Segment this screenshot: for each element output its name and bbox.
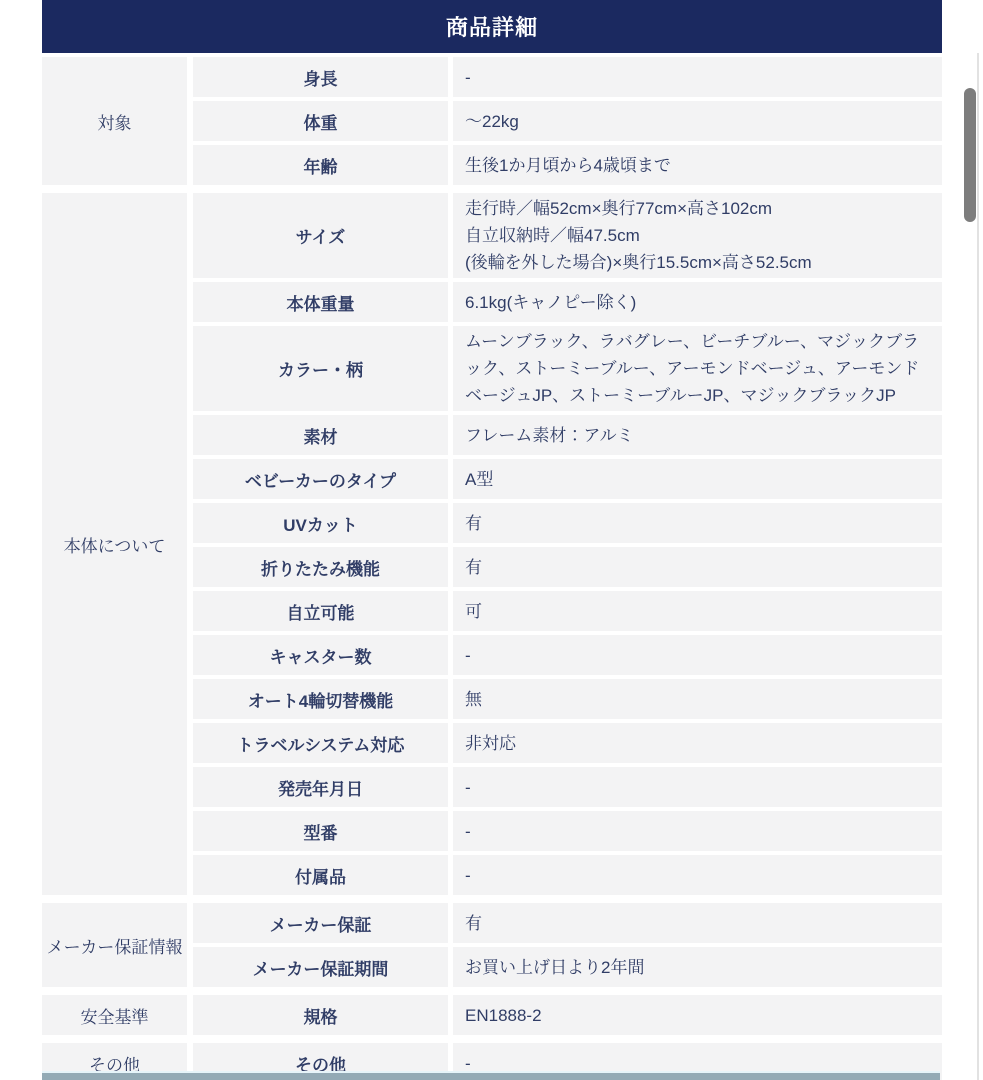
table-row: 型番-: [193, 811, 942, 851]
spec-value: -: [453, 57, 942, 97]
table-row: キャスター数-: [193, 635, 942, 675]
scrollbar-track[interactable]: [977, 53, 979, 1080]
spec-group: メーカー保証情報メーカー保証有メーカー保証期間お買い上げ日より2年間: [42, 903, 942, 987]
group-label: メーカー保証情報: [42, 903, 187, 987]
spec-label: 折りたたみ機能: [193, 547, 448, 587]
spec-label: メーカー保証期間: [193, 947, 448, 987]
spec-groups: 対象身長-体重～22kg年齢生後1か月頃から4歳頃まで本体についてサイズ走行時／…: [42, 57, 942, 1080]
table-row: メーカー保証有: [193, 903, 942, 943]
spec-value: お買い上げ日より2年間: [453, 947, 942, 987]
table-row: 年齢生後1か月頃から4歳頃まで: [193, 145, 942, 185]
table-row: 本体重量6.1kg(キャノピー除く): [193, 282, 942, 322]
table-row: 体重～22kg: [193, 101, 942, 141]
table-row: 付属品-: [193, 855, 942, 895]
spec-label: トラベルシステム対応: [193, 723, 448, 763]
table-row: 折りたたみ機能有: [193, 547, 942, 587]
spec-label: キャスター数: [193, 635, 448, 675]
scrollbar-thumb[interactable]: [964, 88, 976, 222]
spec-rows: サイズ走行時／幅52cm×奥行77cm×高さ102cm 自立収納時／幅47.5c…: [193, 193, 942, 895]
spec-value: 有: [453, 547, 942, 587]
spec-value: 無: [453, 679, 942, 719]
spec-value: ムーンブラック、ラバグレー、ビーチブルー、マジックブラック、ストーミーブルー、ア…: [453, 326, 942, 411]
table-row: 自立可能可: [193, 591, 942, 631]
table-row: カラー・柄ムーンブラック、ラバグレー、ビーチブルー、マジックブラック、ストーミー…: [193, 326, 942, 411]
table-row: オート4輪切替機能無: [193, 679, 942, 719]
spec-value: ～22kg: [453, 101, 942, 141]
page-title: 商品詳細: [446, 11, 538, 42]
table-row: 素材フレーム素材：アルミ: [193, 415, 942, 455]
spec-label: 身長: [193, 57, 448, 97]
spec-value: EN1888-2: [453, 995, 942, 1035]
spec-label: UVカット: [193, 503, 448, 543]
group-label: 安全基準: [42, 995, 187, 1035]
group-label: 本体について: [42, 193, 187, 895]
spec-value: 非対応: [453, 723, 942, 763]
spec-value: -: [453, 767, 942, 807]
table-row: 身長-: [193, 57, 942, 97]
table-row: 規格EN1888-2: [193, 995, 942, 1035]
spec-label: 素材: [193, 415, 448, 455]
spec-value: -: [453, 635, 942, 675]
spec-value: -: [453, 855, 942, 895]
spec-value: A型: [453, 459, 942, 499]
spec-group: 安全基準規格EN1888-2: [42, 995, 942, 1035]
table-row: 発売年月日-: [193, 767, 942, 807]
spec-label: 規格: [193, 995, 448, 1035]
spec-label: オート4輪切替機能: [193, 679, 448, 719]
spec-label: 自立可能: [193, 591, 448, 631]
spec-group: 対象身長-体重～22kg年齢生後1か月頃から4歳頃まで: [42, 57, 942, 185]
section-header: 商品詳細: [42, 0, 942, 53]
spec-group: 本体についてサイズ走行時／幅52cm×奥行77cm×高さ102cm 自立収納時／…: [42, 193, 942, 895]
table-row: メーカー保証期間お買い上げ日より2年間: [193, 947, 942, 987]
spec-value: 有: [453, 903, 942, 943]
next-section-top-edge: [42, 1071, 940, 1080]
spec-label: カラー・柄: [193, 326, 448, 411]
table-row: ベビーカーのタイプA型: [193, 459, 942, 499]
group-label: 対象: [42, 57, 187, 185]
table-row: サイズ走行時／幅52cm×奥行77cm×高さ102cm 自立収納時／幅47.5c…: [193, 193, 942, 278]
spec-label: 付属品: [193, 855, 448, 895]
spec-label: メーカー保証: [193, 903, 448, 943]
spec-label: 型番: [193, 811, 448, 851]
spec-value: 生後1か月頃から4歳頃まで: [453, 145, 942, 185]
spec-label: 年齢: [193, 145, 448, 185]
spec-value: フレーム素材：アルミ: [453, 415, 942, 455]
spec-label: サイズ: [193, 193, 448, 278]
spec-table: 商品詳細 対象身長-体重～22kg年齢生後1か月頃から4歳頃まで本体についてサイ…: [42, 0, 942, 1080]
spec-value: 有: [453, 503, 942, 543]
spec-value: 6.1kg(キャノピー除く): [453, 282, 942, 322]
spec-rows: 規格EN1888-2: [193, 995, 942, 1035]
table-row: UVカット有: [193, 503, 942, 543]
spec-rows: 身長-体重～22kg年齢生後1か月頃から4歳頃まで: [193, 57, 942, 185]
spec-label: 本体重量: [193, 282, 448, 322]
spec-label: ベビーカーのタイプ: [193, 459, 448, 499]
table-row: トラベルシステム対応非対応: [193, 723, 942, 763]
spec-value: 走行時／幅52cm×奥行77cm×高さ102cm 自立収納時／幅47.5cm (…: [453, 193, 942, 278]
spec-label: 発売年月日: [193, 767, 448, 807]
spec-rows: メーカー保証有メーカー保証期間お買い上げ日より2年間: [193, 903, 942, 987]
spec-value: -: [453, 811, 942, 851]
product-detail-page: 商品詳細 対象身長-体重～22kg年齢生後1か月頃から4歳頃まで本体についてサイ…: [0, 0, 983, 1080]
spec-value: 可: [453, 591, 942, 631]
spec-label: 体重: [193, 101, 448, 141]
